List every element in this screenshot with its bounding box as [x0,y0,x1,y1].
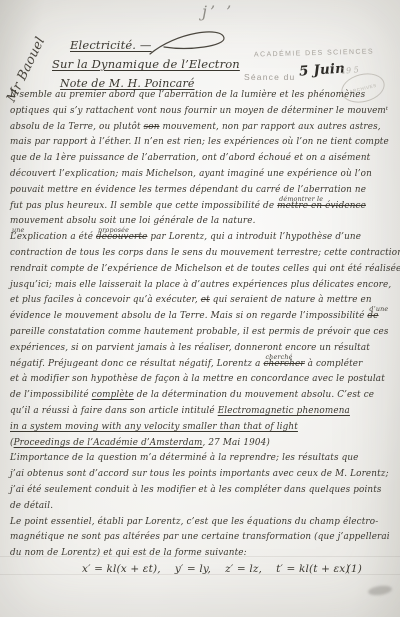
manuscript-line: et plus faciles à concevoir qu’à exécute… [10,295,395,311]
seance-stamp-label: Séance du [244,72,295,82]
manuscript-line: j’ai obtenus sont d’accord sur tous les … [10,469,395,485]
seance-date-handwritten: 5 Juin [298,60,345,79]
manuscript-line: contraction de tous les corps dans le se… [10,248,395,264]
manuscript-line: jusqu’ici; mais elle laisserait la place… [10,280,395,296]
manuscript-line: pouvait mettre en évidence les termes dé… [10,185,395,201]
subject-heading: Electricité. — [70,38,152,52]
interlinear-correction: démontrer le [279,195,323,203]
manuscript-line: mais par rapport à l’éther. Il n’en est … [10,137,395,153]
manuscript-line: (Proceedings de l’Académie d’Amsterdam, … [10,438,395,454]
manuscript-line: optiques qui s’y rattachent vont nous fo… [10,106,395,122]
manuscript-line: L’explicationune a été découverteproposé… [10,232,395,248]
manuscript-line: pareille constatation comme hautement pr… [10,327,395,343]
pencil-smudge [367,584,392,596]
manuscript-line: négatif. Préjugeant donc ce résultat nég… [10,359,395,375]
interlinear-correction: une [12,226,24,234]
flourish-stroke-icon [148,28,230,58]
lorentz-transformation-formula: x′ = kl(x + εt), y′ = ly, z′ = lz, t′ = … [82,563,350,575]
manuscript-line: expériences, si on parvient jamais à les… [10,343,395,359]
manuscript-line: absolu de la Terre, ou plutôt son mouvem… [10,122,395,138]
manuscript-line: et à modifier son hypothèse de façon à l… [10,374,395,390]
interlinear-correction: cherché [265,353,292,361]
manuscript-body: Il semble au premier abord que l’aberrat… [10,90,395,564]
manuscript-line: de détail. [10,501,395,517]
manuscript-line: Il semble au premier abord que l’aberrat… [10,90,395,106]
manuscript-line: évidence le mouvement absolu de la Terre… [10,311,395,327]
academy-stamp: ACADÉMIE DES SCIENCES [254,48,374,58]
manuscript-line: mouvement absolu soit une loi générale d… [10,216,395,232]
manuscript-line: que de la 1ère puissance de l’aberration… [10,153,395,169]
manuscript-line: in a system moving with any velocity sma… [10,422,395,438]
manuscript-line: L’importance de la question m’a détermin… [10,453,395,469]
manuscript-line: j’ai été seulement conduit à les modifie… [10,485,395,501]
manuscript-line: Le point essentiel, établi par Lorentz, … [10,517,395,533]
manuscript-line: qu’il a réussi à faire dans son article … [10,406,395,422]
interlinear-correction: d’une [369,305,388,313]
manuscript-line: rendrait compte de l’expérience de Miche… [10,264,395,280]
ruled-line [0,556,400,557]
author-byline: Note de M. H. Poincaré [60,77,195,90]
manuscript-line: fut pas plus heureux. Il semble que cett… [10,201,395,217]
manuscript-line: de l’impossibilité complète de la déterm… [10,390,395,406]
manuscript-line: découvert l’explication; mais Michelson,… [10,169,395,185]
manuscript-page: Mr Baouel j’ ’ Electricité. — Sur la Dyn… [0,0,400,617]
equation-number: (1) [347,563,362,575]
pencil-mark: j’ ’ [202,2,234,21]
document-title: Sur la Dynamique de l’Electron [52,57,240,71]
manuscript-line: magnétique ne sont pas altérées par une … [10,532,395,548]
interlinear-correction: proposée [98,226,129,234]
